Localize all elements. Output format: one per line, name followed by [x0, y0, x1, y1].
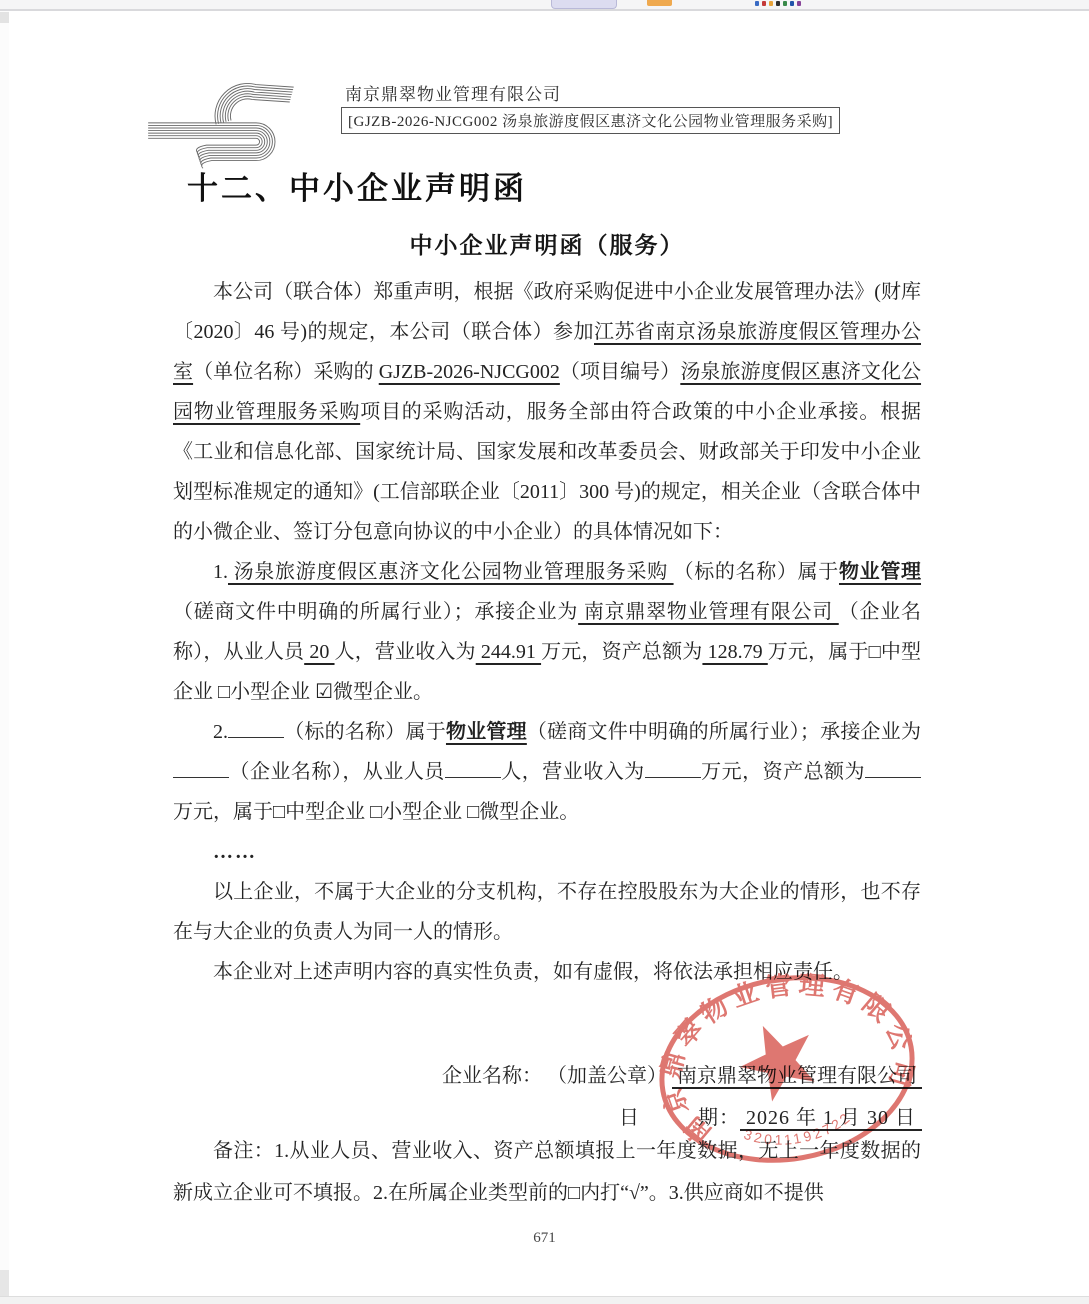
seal-star-icon — [728, 1010, 827, 1108]
ellipsis-row: …… — [173, 832, 921, 872]
paragraph-item-2: 2.（标的名称）属于物业管理（磋商文件中明确的所属行业）；承接企业为（企业名称）… — [173, 712, 921, 832]
browser-chrome-fragment — [0, 0, 1089, 11]
header-project-reference: [GJZB-2026-NJCG002 汤泉旅游度假区惠济文化公园物业管理服务采购… — [341, 107, 840, 134]
document-subtitle: 中小企业声明函（服务） — [173, 227, 921, 260]
scrollbar-thumb[interactable] — [0, 1270, 9, 1297]
left-scrollbar-gutter — [0, 11, 9, 1297]
notes-paragraph: 备注：1.从业人员、营业收入、资产总额填报上一年度数据，无上一年度数据的新成立企… — [173, 1130, 921, 1214]
header-company-name: 南京鼎翠物业管理有限公司 — [345, 80, 561, 105]
declaration-body: 本公司（联合体）郑重声明，根据《政府采购促进中小企业发展管理办法》(财库〔202… — [173, 272, 921, 992]
toolbar-accent-bar — [647, 0, 672, 6]
page-number: 671 — [0, 1230, 1089, 1247]
toolbar-text-fragment — [755, 1, 801, 7]
bottom-edge-strip — [0, 1296, 1089, 1304]
paragraph-item-1: 1. 汤泉旅游度假区惠济文化公园物业管理服务采购 （标的名称）属于物业管理（磋商… — [173, 552, 921, 712]
scrollbar-thumb[interactable] — [0, 12, 9, 23]
section-title: 十二、中小企业声明函 — [187, 163, 527, 208]
paragraph-no-large-enterprise: 以上企业，不属于大企业的分支机构，不存在控股股东为大企业的情形，也不存在与大企业… — [173, 872, 921, 952]
company-logo-icon — [145, 80, 315, 176]
browser-tab-fragment[interactable] — [551, 0, 617, 9]
paragraph-declaration: 本公司（联合体）郑重声明，根据《政府采购促进中小企业发展管理办法》(财库〔202… — [173, 272, 921, 552]
